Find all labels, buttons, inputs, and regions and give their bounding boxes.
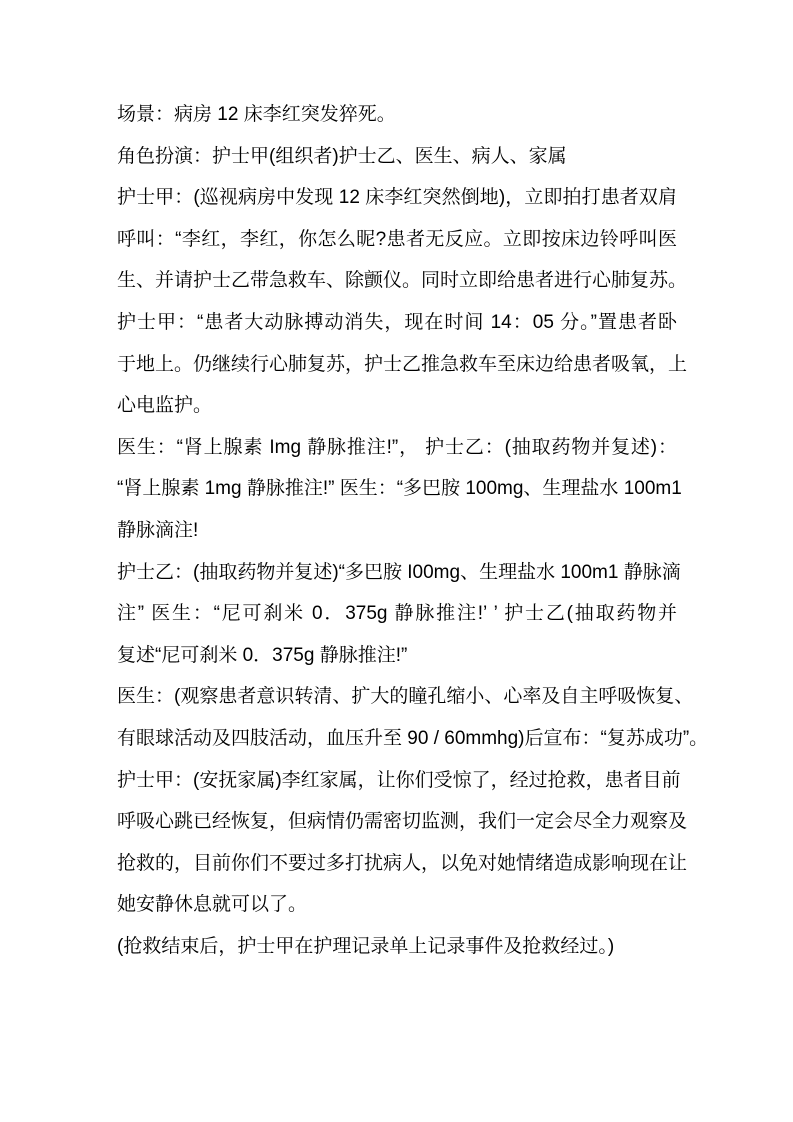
doc-line: 复述“尼可刹米 0．375g 静脉推注!” — [117, 635, 677, 677]
doc-line: 护士乙：(抽取药物并复述)“多巴胺 I00mg、生理盐水 100m1 静脉滴 — [117, 552, 677, 594]
doc-line: 医生：“肾上腺素 Img 静脉推注!”， 护士乙：(抽取药物并复述)： — [117, 427, 677, 469]
document-page: 场景：病房 12 床李红突发猝死。 角色扮演：护士甲(组织者)护士乙、医生、病人… — [0, 0, 793, 1122]
doc-line: “肾上腺素 1mg 静脉推注!” 医生：“多巴胺 100mg、生理盐水 100m… — [117, 468, 677, 510]
doc-line: 医生：(观察患者意识转清、扩大的瞳孔缩小、心率及自主呼吸恢复、 — [117, 676, 677, 718]
doc-line: 呼叫：“李红，李红，你怎么昵?患者无反应。立即按床边铃呼叫医 — [117, 219, 677, 261]
doc-line: 呼吸心跳已经恢复，但病情仍需密切监测，我们一定会尽全力观察及 — [117, 801, 677, 843]
doc-line: 护士甲：(巡视病房中发现 12 床李红突然倒地)，立即拍打患者双肩 — [117, 177, 677, 219]
doc-line: 她安静休息就可以了。 — [117, 884, 677, 926]
doc-line: 抢救的，目前你们不要过多打扰病人，以免对她情绪造成影响现在让 — [117, 843, 677, 885]
doc-line: 护士甲：(安抚家属)李红家属，让你们受惊了，经过抢救，患者目前 — [117, 760, 677, 802]
doc-line: 角色扮演：护士甲(组织者)护士乙、医生、病人、家属 — [117, 136, 677, 178]
doc-line: 生、并请护士乙带急救车、除颤仪。同时立即给患者进行心肺复苏。 — [117, 260, 677, 302]
doc-line: 心电监护。 — [117, 385, 677, 427]
doc-line: 注” 医生：“尼可刹米 0．375g 静脉推注!’ ’ 护士乙(抽取药物并 — [117, 593, 677, 635]
doc-line: 场景：病房 12 床李红突发猝死。 — [117, 94, 677, 136]
doc-line: (抢救结束后，护士甲在护理记录单上记录事件及抢救经过。) — [117, 926, 677, 968]
document-body: 场景：病房 12 床李红突发猝死。 角色扮演：护士甲(组织者)护士乙、医生、病人… — [117, 94, 677, 967]
doc-line: 有眼球活动及四肢活动，血压升至 90 / 60mmhg)后宣布：“复苏成功”。 — [117, 718, 677, 760]
doc-line: 于地上。仍继续行心肺复苏，护士乙推急救车至床边给患者吸氧，上 — [117, 344, 677, 386]
doc-line: 静脉滴注! — [117, 510, 677, 552]
doc-line: 护士甲：“患者大动脉搏动消失，现在时间 14：05 分。”置患者卧 — [117, 302, 677, 344]
